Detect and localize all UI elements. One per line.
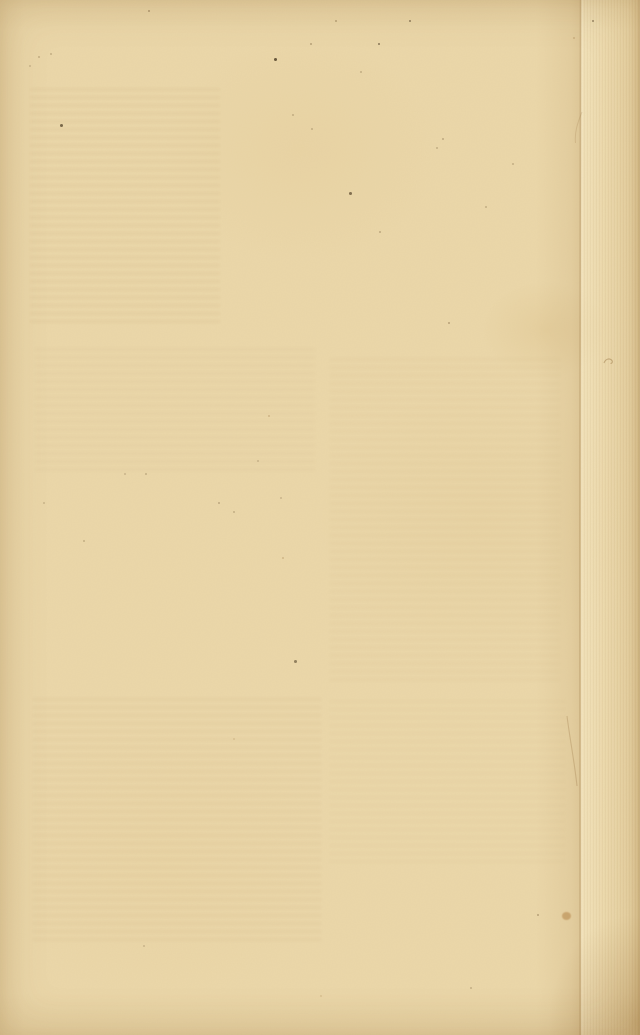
foxing-speck (282, 557, 284, 559)
page-edge-band (581, 0, 640, 1035)
foxing-speck (311, 128, 313, 130)
foxing-speck (268, 415, 270, 417)
foxing-speck (145, 473, 147, 475)
bleedthrough-text-ghost (30, 88, 220, 323)
foxing-speck (512, 163, 514, 165)
foxing-speck (83, 540, 85, 542)
foxing-speck (349, 192, 352, 195)
foxing-speck (310, 43, 312, 45)
foxing-speck (470, 987, 472, 989)
page-curvature-shade (536, 0, 580, 1035)
foxing-speck (379, 231, 381, 233)
foxing-speck (294, 660, 297, 663)
foxing-speck (280, 497, 282, 499)
foxing-speck (257, 460, 259, 462)
foxing-speck (485, 206, 487, 208)
foxing-speck (335, 20, 337, 22)
corner-shadow-smudge (545, 910, 640, 1035)
foxing-speck (292, 114, 294, 116)
foxing-speck (50, 53, 52, 55)
foxing-speck (233, 511, 235, 513)
foxing-speck (143, 945, 145, 947)
bleedthrough-text-ghost (330, 358, 560, 683)
foxing-speck (124, 473, 126, 475)
foxing-speck (360, 71, 362, 73)
bleedthrough-text-ghost (33, 698, 321, 943)
foxing-speck (43, 502, 45, 504)
bleedthrough-text-ghost (330, 700, 565, 865)
foxing-speck (60, 124, 63, 127)
foxing-speck (448, 322, 450, 324)
foxing-speck (218, 502, 220, 504)
foxing-speck (38, 56, 40, 58)
foxing-speck (442, 138, 444, 140)
foxing-speck (378, 43, 380, 45)
foxing-speck (233, 738, 235, 740)
scanned-blank-page (0, 0, 640, 1035)
foxing-speck (148, 10, 150, 12)
foxing-speck (29, 65, 31, 67)
foxing-speck (409, 20, 411, 22)
bleedthrough-text-ghost (35, 348, 315, 473)
foxing-speck (436, 147, 438, 149)
foxing-speck (274, 58, 277, 61)
foxing-speck (320, 995, 322, 997)
